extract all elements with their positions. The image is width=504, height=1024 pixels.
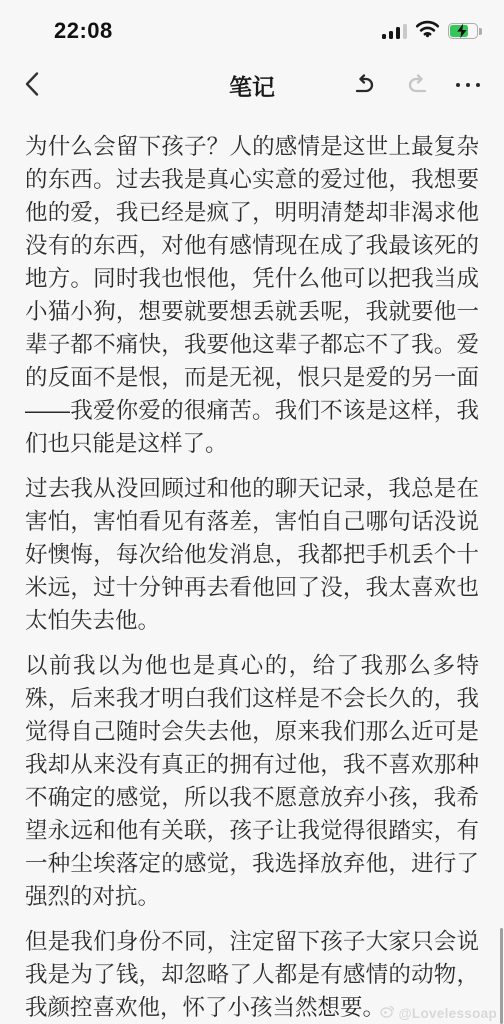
nav-actions	[352, 72, 481, 99]
watermark-text: @Lovelessoap	[398, 1006, 497, 1021]
notes-app-screen: 22:08	[0, 0, 504, 1024]
note-paragraph[interactable]: 以前我以为他也是真心的，给了我那么多特殊，后来我才明白我们这样是不会长久的，我觉…	[25, 649, 479, 913]
battery-charging-icon	[448, 23, 478, 39]
status-icons	[382, 20, 479, 43]
note-paragraph[interactable]: 为什么会留下孩子？人的感情是这世上最复杂的东西。过去我是真心实意的爱过他，我想要…	[25, 130, 479, 460]
redo-button[interactable]	[404, 72, 430, 99]
more-options-button[interactable]	[456, 83, 481, 88]
chevron-left-icon	[24, 71, 40, 100]
weibo-logo-icon	[380, 1005, 395, 1021]
back-button[interactable]	[24, 71, 40, 100]
nav-bar: 笔记	[0, 56, 504, 114]
undo-arrow-icon	[352, 72, 378, 99]
scrollbar-thumb[interactable]	[500, 928, 504, 1024]
redo-arrow-icon	[404, 72, 430, 99]
cellular-signal-icon	[382, 24, 408, 39]
ellipsis-icon	[456, 83, 481, 88]
status-bar: 22:08	[0, 0, 504, 56]
note-content[interactable]: 为什么会留下孩子？人的感情是这世上最复杂的东西。过去我是真心实意的爱过他，我想要…	[0, 114, 504, 1024]
wifi-icon	[415, 20, 440, 43]
page-title: 笔记	[229, 69, 275, 102]
watermark: @Lovelessoap	[380, 1005, 497, 1021]
undo-button[interactable]	[352, 72, 378, 99]
status-time: 22:08	[54, 18, 113, 44]
note-paragraph[interactable]: 过去我从没回顾过和他的聊天记录，我总是在害怕，害怕看见有落差，害怕自己哪句话没说…	[25, 472, 479, 637]
